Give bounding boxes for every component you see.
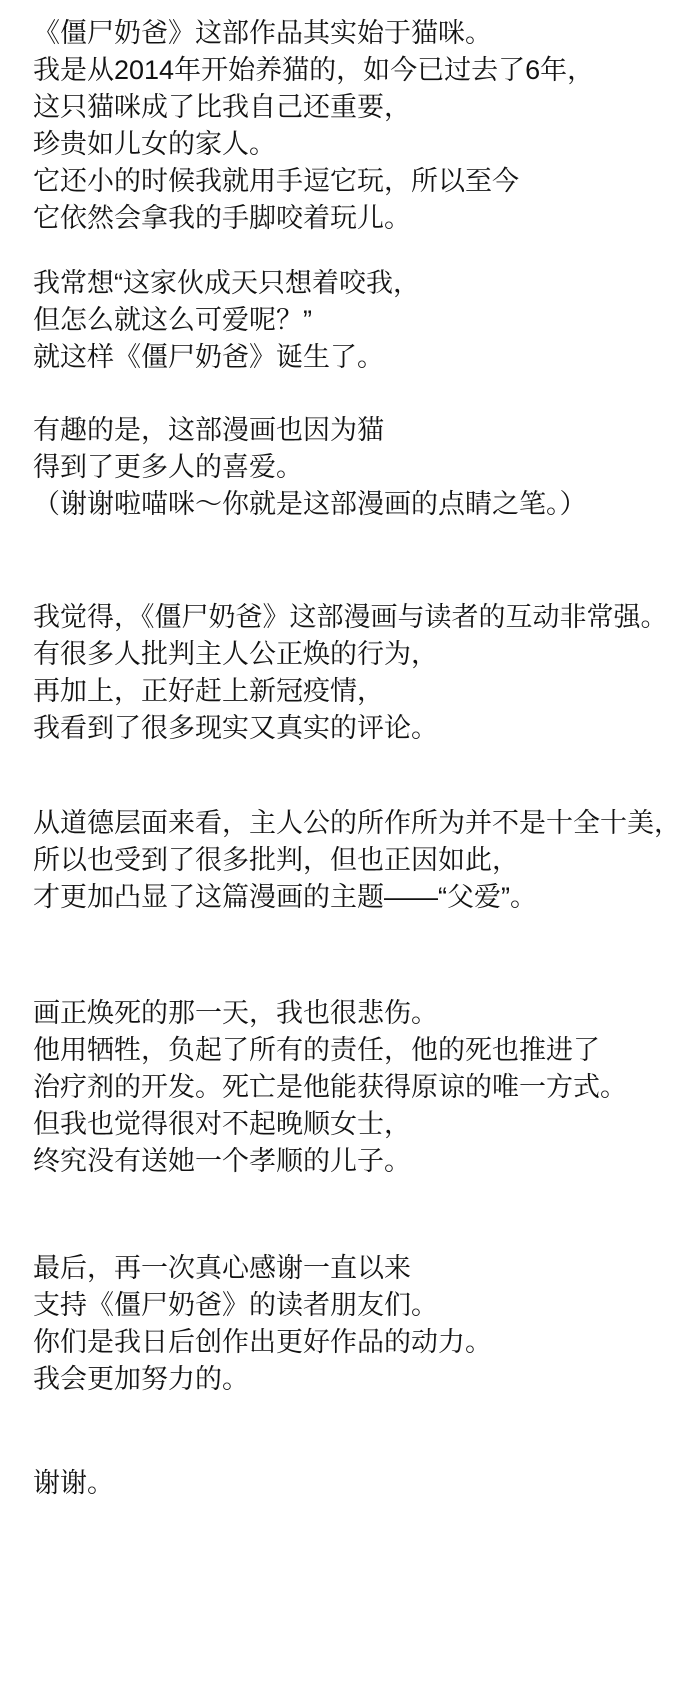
- text-line: 他用牺牲，负起了所有的责任，他的死也推进了: [33, 1032, 676, 1069]
- text-line: 谢谢。: [33, 1465, 676, 1502]
- text-line: 终究没有送她一个孝顺的儿子。: [33, 1143, 676, 1180]
- paragraph-comic-birth: 我常想“这家伙成天只想着咬我， 但怎么就这么可爱呢？” 就这样《僵尸奶爸》诞生了…: [33, 265, 676, 376]
- paragraph-closing-thanks: 谢谢。: [33, 1465, 676, 1502]
- text-line: 有趣的是，这部漫画也因为猫: [33, 412, 676, 449]
- text-line: 治疗剂的开发。死亡是他能获得原谅的唯一方式。: [33, 1069, 676, 1106]
- text-line: 这只猫咪成了比我自己还重要，: [33, 89, 676, 126]
- text-line: 就这样《僵尸奶爸》诞生了。: [33, 339, 676, 376]
- afterword-page: 《僵尸奶爸》这部作品其实始于猫咪。 我是从2014年开始养猫的，如今已过去了6年…: [0, 0, 690, 1700]
- text-line: 我觉得，《僵尸奶爸》这部漫画与读者的互动非常强。: [33, 599, 676, 636]
- text-line: 它还小的时候我就用手逗它玩，所以至今: [33, 163, 676, 200]
- paragraph-thanks-readers: 最后，再一次真心感谢一直以来 支持《僵尸奶爸》的读者朋友们。 你们是我日后创作出…: [33, 1250, 676, 1398]
- paragraph-origin-cat: 《僵尸奶爸》这部作品其实始于猫咪。 我是从2014年开始养猫的，如今已过去了6年…: [33, 15, 676, 237]
- text-line: 我看到了很多现实又真实的评论。: [33, 710, 676, 747]
- text-line: 《僵尸奶爸》这部作品其实始于猫咪。: [33, 15, 676, 52]
- text-line: 但怎么就这么可爱呢？”: [33, 302, 676, 339]
- text-line: 支持《僵尸奶爸》的读者朋友们。: [33, 1287, 676, 1324]
- text-line: 所以也受到了很多批判，但也正因如此，: [33, 842, 676, 879]
- text-line: （谢谢啦喵咪～你就是这部漫画的点睛之笔。）: [33, 486, 676, 523]
- text-line: 得到了更多人的喜爱。: [33, 449, 676, 486]
- text-line: 最后，再一次真心感谢一直以来: [33, 1250, 676, 1287]
- text-line: 才更加凸显了这篇漫画的主题——“父爱”。: [33, 879, 676, 916]
- paragraph-reader-interaction: 我觉得，《僵尸奶爸》这部漫画与读者的互动非常强。 有很多人批判主人公正焕的行为，…: [33, 599, 676, 747]
- text-line: 我常想“这家伙成天只想着咬我，: [33, 265, 676, 302]
- paragraph-theme-fatherly-love: 从道德层面来看，主人公的所作所为并不是十全十美， 所以也受到了很多批判，但也正因…: [33, 805, 676, 916]
- text-line: 我是从2014年开始养猫的，如今已过去了6年，: [33, 52, 676, 89]
- text-line: 它依然会拿我的手脚咬着玩儿。: [33, 200, 676, 237]
- text-line: 我会更加努力的。: [33, 1361, 676, 1398]
- text-line: 从道德层面来看，主人公的所作所为并不是十全十美，: [33, 805, 676, 842]
- text-line: 画正焕死的那一天，我也很悲伤。: [33, 995, 676, 1032]
- paragraph-cat-popularity: 有趣的是，这部漫画也因为猫 得到了更多人的喜爱。 （谢谢啦喵咪～你就是这部漫画的…: [33, 412, 676, 523]
- paragraph-character-death: 画正焕死的那一天，我也很悲伤。 他用牺牲，负起了所有的责任，他的死也推进了 治疗…: [33, 995, 676, 1180]
- text-line: 但我也觉得很对不起晚顺女士，: [33, 1106, 676, 1143]
- text-line: 你们是我日后创作出更好作品的动力。: [33, 1324, 676, 1361]
- text-line: 珍贵如儿女的家人。: [33, 126, 676, 163]
- text-line: 有很多人批判主人公正焕的行为，: [33, 636, 676, 673]
- text-line: 再加上，正好赶上新冠疫情，: [33, 673, 676, 710]
